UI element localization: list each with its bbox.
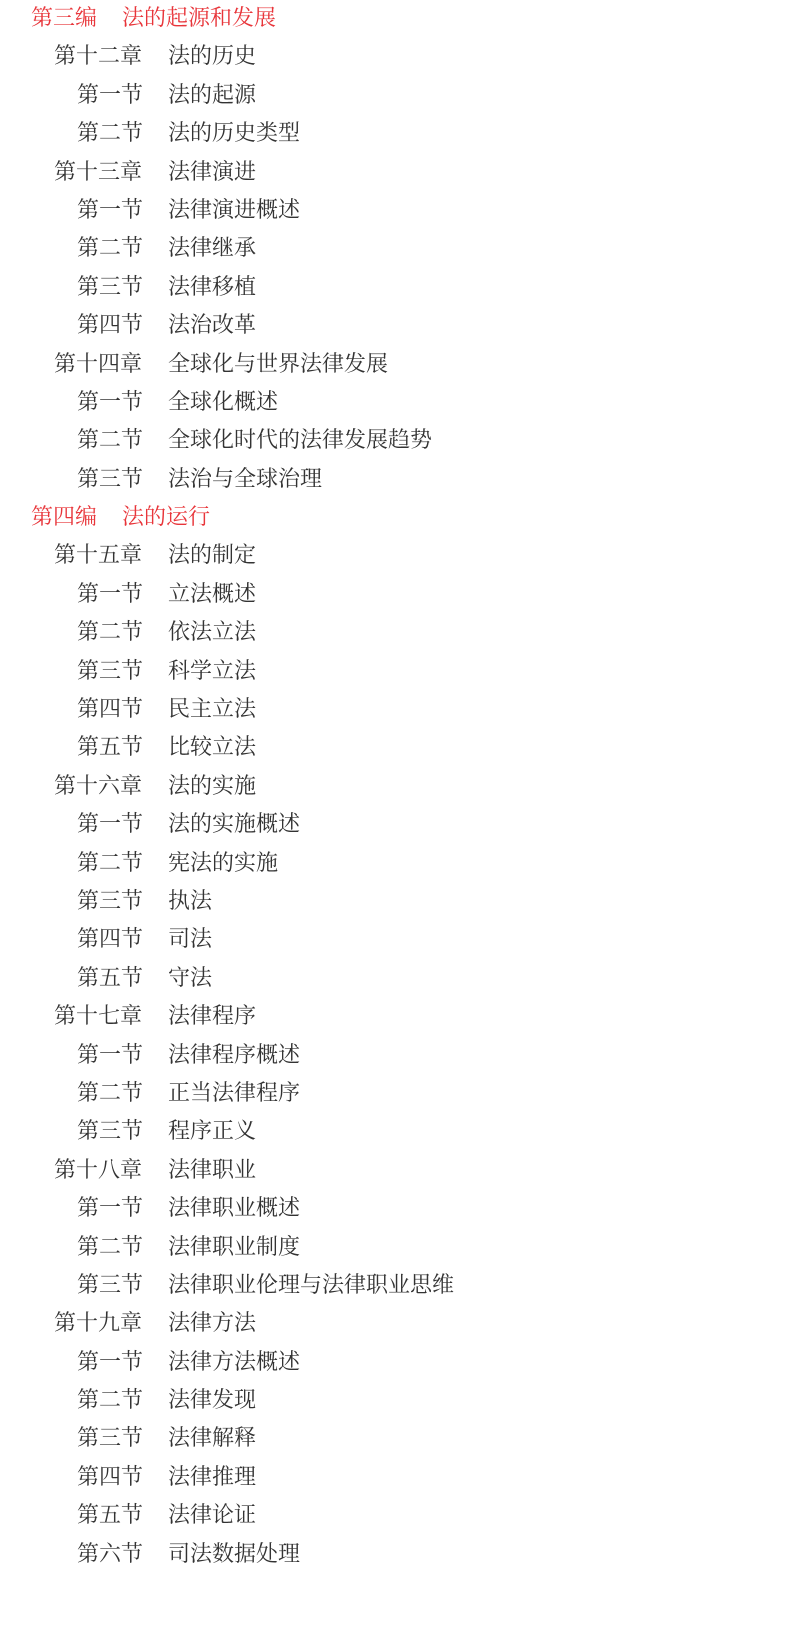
- toc-section-title[interactable]: 法治与全球治理: [168, 461, 322, 499]
- toc-section-row[interactable]: 第三节科学立法: [0, 653, 790, 691]
- toc-section-row[interactable]: 第二节法律发现: [0, 1382, 790, 1420]
- toc-section-number: 第四节: [77, 1459, 143, 1497]
- toc-section-number: 第一节: [77, 192, 143, 230]
- toc-section-title[interactable]: 程序正义: [168, 1113, 256, 1151]
- toc-section-row[interactable]: 第一节全球化概述: [0, 384, 790, 422]
- toc-chapter-row[interactable]: 第十九章法律方法: [0, 1305, 790, 1343]
- toc-section-row[interactable]: 第二节法律继承: [0, 230, 790, 268]
- toc-chapter-number: 第十七章: [54, 998, 142, 1036]
- toc-section-number: 第二节: [77, 1075, 143, 1113]
- toc-section-number: 第五节: [77, 729, 143, 767]
- toc-section-title[interactable]: 法律发现: [168, 1382, 256, 1420]
- toc-chapter-title[interactable]: 法律程序: [168, 998, 256, 1036]
- toc-section-title[interactable]: 法律继承: [168, 230, 256, 268]
- toc-section-title[interactable]: 宪法的实施: [168, 845, 278, 883]
- toc-section-row[interactable]: 第三节法律移植: [0, 269, 790, 307]
- toc-section-row[interactable]: 第二节宪法的实施: [0, 845, 790, 883]
- toc-section-title[interactable]: 法治改革: [168, 307, 256, 345]
- toc-section-title[interactable]: 全球化时代的法律发展趋势: [168, 422, 432, 460]
- toc-part-row[interactable]: 第四编法的运行: [0, 499, 790, 537]
- toc-section-title[interactable]: 法律论证: [168, 1497, 256, 1535]
- toc-part-title[interactable]: 法的起源和发展: [122, 0, 276, 38]
- toc-section-title[interactable]: 立法概述: [168, 576, 256, 614]
- toc-section-number: 第一节: [77, 576, 143, 614]
- toc-chapter-row[interactable]: 第十五章法的制定: [0, 537, 790, 575]
- toc-chapter-title[interactable]: 法律方法: [168, 1305, 256, 1343]
- toc-section-number: 第五节: [77, 960, 143, 998]
- toc-section-number: 第四节: [77, 921, 143, 959]
- toc-section-number: 第五节: [77, 1497, 143, 1535]
- toc-section-number: 第二节: [77, 230, 143, 268]
- toc-section-number: 第二节: [77, 1382, 143, 1420]
- toc-section-title[interactable]: 司法: [168, 921, 212, 959]
- toc-part-title[interactable]: 法的运行: [122, 499, 210, 537]
- toc-section-row[interactable]: 第一节法律方法概述: [0, 1344, 790, 1382]
- toc-section-number: 第一节: [77, 1190, 143, 1228]
- toc-section-title[interactable]: 法律移植: [168, 269, 256, 307]
- toc-section-row[interactable]: 第四节民主立法: [0, 691, 790, 729]
- toc-section-row[interactable]: 第五节法律论证: [0, 1497, 790, 1535]
- toc-section-row[interactable]: 第一节法律程序概述: [0, 1037, 790, 1075]
- toc-section-number: 第二节: [77, 614, 143, 652]
- toc-section-title[interactable]: 依法立法: [168, 614, 256, 652]
- toc-section-row[interactable]: 第三节程序正义: [0, 1113, 790, 1151]
- toc-section-row[interactable]: 第二节依法立法: [0, 614, 790, 652]
- toc-section-title[interactable]: 守法: [168, 960, 212, 998]
- toc-section-row[interactable]: 第六节司法数据处理: [0, 1536, 790, 1574]
- toc-section-title[interactable]: 司法数据处理: [168, 1536, 300, 1574]
- toc-section-row[interactable]: 第一节法律演进概述: [0, 192, 790, 230]
- toc-section-number: 第二节: [77, 115, 143, 153]
- toc-chapter-number: 第十八章: [54, 1152, 142, 1190]
- toc-section-number: 第三节: [77, 1420, 143, 1458]
- toc-chapter-number: 第十六章: [54, 768, 142, 806]
- toc-section-number: 第四节: [77, 691, 143, 729]
- toc-chapter-title[interactable]: 法的制定: [168, 537, 256, 575]
- toc-chapter-row[interactable]: 第十七章法律程序: [0, 998, 790, 1036]
- toc-section-title[interactable]: 法律职业制度: [168, 1229, 300, 1267]
- toc-chapter-title[interactable]: 法律演进: [168, 154, 256, 192]
- toc-section-number: 第一节: [77, 384, 143, 422]
- toc-section-number: 第三节: [77, 1267, 143, 1305]
- toc-section-row[interactable]: 第二节全球化时代的法律发展趋势: [0, 422, 790, 460]
- toc-section-title[interactable]: 科学立法: [168, 653, 256, 691]
- toc-section-number: 第二节: [77, 1229, 143, 1267]
- toc-chapter-title[interactable]: 法律职业: [168, 1152, 256, 1190]
- toc-section-row[interactable]: 第五节守法: [0, 960, 790, 998]
- toc-chapter-row[interactable]: 第十三章法律演进: [0, 154, 790, 192]
- table-of-contents: 第三编法的起源和发展第十二章法的历史第一节法的起源第二节法的历史类型第十三章法律…: [0, 0, 790, 1574]
- toc-section-row[interactable]: 第五节比较立法: [0, 729, 790, 767]
- toc-part-row[interactable]: 第三编法的起源和发展: [0, 0, 790, 38]
- toc-part-number: 第三编: [31, 0, 97, 38]
- toc-section-title[interactable]: 比较立法: [168, 729, 256, 767]
- toc-section-title[interactable]: 法律演进概述: [168, 192, 300, 230]
- toc-section-row[interactable]: 第三节法治与全球治理: [0, 461, 790, 499]
- toc-section-row[interactable]: 第三节法律职业伦理与法律职业思维: [0, 1267, 790, 1305]
- toc-section-row[interactable]: 第二节正当法律程序: [0, 1075, 790, 1113]
- toc-chapter-title[interactable]: 法的实施: [168, 768, 256, 806]
- toc-section-number: 第三节: [77, 1113, 143, 1151]
- toc-section-title[interactable]: 法的实施概述: [168, 806, 300, 844]
- toc-section-row[interactable]: 第三节法律解释: [0, 1420, 790, 1458]
- toc-section-title[interactable]: 民主立法: [168, 691, 256, 729]
- toc-section-title[interactable]: 法律职业伦理与法律职业思维: [168, 1267, 454, 1305]
- toc-section-row[interactable]: 第一节法的起源: [0, 77, 790, 115]
- toc-section-row[interactable]: 第一节法律职业概述: [0, 1190, 790, 1228]
- toc-chapter-number: 第十三章: [54, 154, 142, 192]
- toc-section-title[interactable]: 法律职业概述: [168, 1190, 300, 1228]
- toc-chapter-number: 第十四章: [54, 346, 142, 384]
- toc-section-number: 第三节: [77, 883, 143, 921]
- toc-section-number: 第三节: [77, 653, 143, 691]
- toc-section-title[interactable]: 法律程序概述: [168, 1037, 300, 1075]
- toc-section-row[interactable]: 第四节法治改革: [0, 307, 790, 345]
- toc-chapter-number: 第十二章: [54, 38, 142, 76]
- toc-section-number: 第一节: [77, 77, 143, 115]
- toc-section-title[interactable]: 执法: [168, 883, 212, 921]
- toc-chapter-title[interactable]: 全球化与世界法律发展: [168, 346, 388, 384]
- toc-section-number: 第一节: [77, 1344, 143, 1382]
- toc-chapter-number: 第十九章: [54, 1305, 142, 1343]
- toc-chapter-row[interactable]: 第十六章法的实施: [0, 768, 790, 806]
- toc-section-title[interactable]: 正当法律程序: [168, 1075, 300, 1113]
- toc-section-title[interactable]: 法律方法概述: [168, 1344, 300, 1382]
- toc-section-number: 第三节: [77, 461, 143, 499]
- toc-chapter-row[interactable]: 第十四章全球化与世界法律发展: [0, 346, 790, 384]
- toc-section-number: 第二节: [77, 845, 143, 883]
- toc-chapter-row[interactable]: 第十八章法律职业: [0, 1152, 790, 1190]
- toc-part-number: 第四编: [31, 499, 97, 537]
- toc-chapter-number: 第十五章: [54, 537, 142, 575]
- toc-section-title[interactable]: 法的起源: [168, 77, 256, 115]
- toc-section-number: 第六节: [77, 1536, 143, 1574]
- toc-section-row[interactable]: 第二节法律职业制度: [0, 1229, 790, 1267]
- toc-section-title[interactable]: 法律解释: [168, 1420, 256, 1458]
- toc-section-row[interactable]: 第四节法律推理: [0, 1459, 790, 1497]
- toc-section-title[interactable]: 法的历史类型: [168, 115, 300, 153]
- toc-section-number: 第二节: [77, 422, 143, 460]
- toc-section-number: 第一节: [77, 1037, 143, 1075]
- toc-section-number: 第一节: [77, 806, 143, 844]
- toc-section-row[interactable]: 第二节法的历史类型: [0, 115, 790, 153]
- toc-section-row[interactable]: 第一节法的实施概述: [0, 806, 790, 844]
- toc-chapter-title[interactable]: 法的历史: [168, 38, 256, 76]
- toc-section-title[interactable]: 法律推理: [168, 1459, 256, 1497]
- toc-section-title[interactable]: 全球化概述: [168, 384, 278, 422]
- toc-chapter-row[interactable]: 第十二章法的历史: [0, 38, 790, 76]
- toc-section-row[interactable]: 第三节执法: [0, 883, 790, 921]
- toc-section-number: 第四节: [77, 307, 143, 345]
- toc-section-number: 第三节: [77, 269, 143, 307]
- toc-section-row[interactable]: 第四节司法: [0, 921, 790, 959]
- toc-section-row[interactable]: 第一节立法概述: [0, 576, 790, 614]
